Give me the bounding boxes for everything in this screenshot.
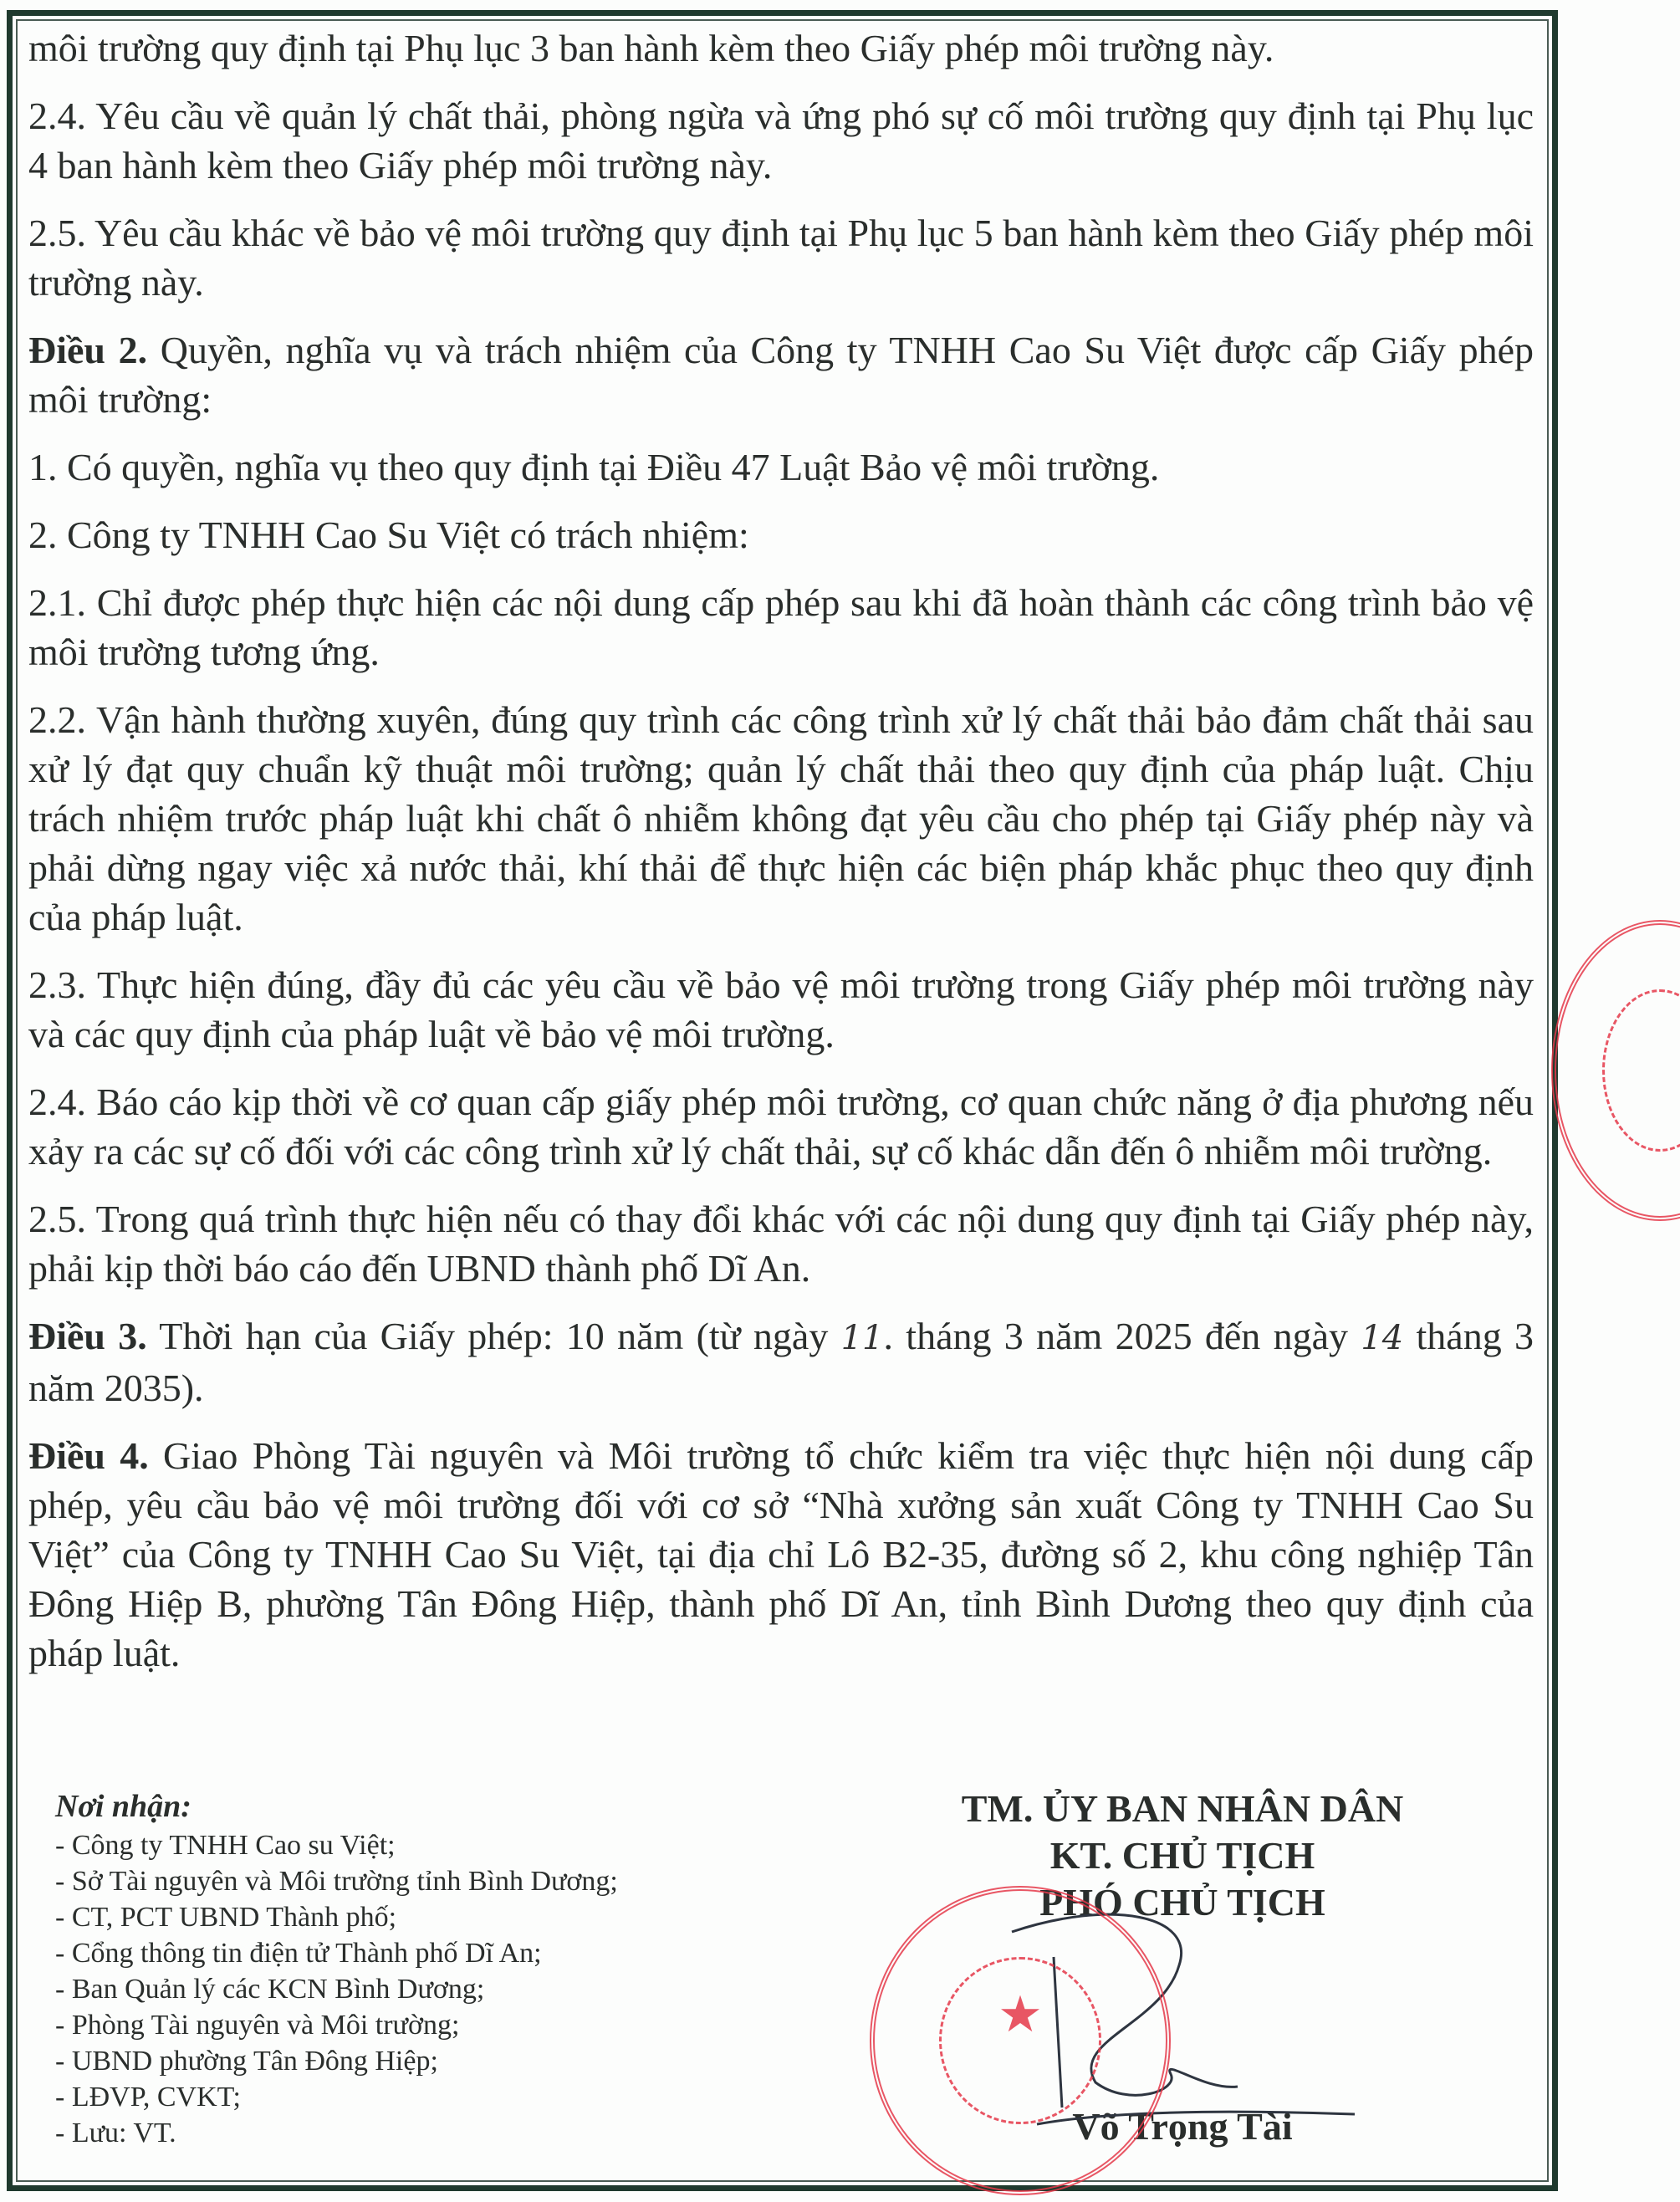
recipient-item: - CT, PCT UBND Thành phố;: [55, 1899, 808, 1935]
paragraph-text: 2. Công ty TNHH Cao Su Việt có trách nhi…: [28, 513, 749, 556]
signature-org: TM. ỦY BAN NHÂN DÂN: [865, 1786, 1500, 1832]
recipient-item: - LĐVP, CVKT;: [55, 2079, 808, 2115]
signature-block: TM. ỦY BAN NHÂN DÂN KT. CHỦ TỊCH PHÓ CHỦ…: [865, 1786, 1500, 1926]
paragraph-text: Quyền, nghĩa vụ và trách nhiệm của Công …: [28, 329, 1534, 421]
article-label: Điều 4.: [28, 1434, 149, 1477]
page-seal-icon: [1551, 920, 1680, 1221]
article-label: Điều 3.: [28, 1315, 147, 1357]
paragraph: môi trường quy định tại Phụ lục 3 ban hà…: [28, 23, 1534, 73]
paragraph-text: 2.2. Vận hành thường xuyên, đúng quy trì…: [28, 698, 1534, 938]
recipient-item: - Lưu: VT.: [55, 2115, 808, 2151]
paragraph-text: . tháng 3 năm 2025 đến ngày: [884, 1315, 1361, 1357]
signature-role: PHÓ CHỦ TỊCH: [865, 1879, 1500, 1926]
paragraph-text: môi trường quy định tại Phụ lục 3 ban hà…: [28, 27, 1274, 69]
signature-title: KT. CHỦ TỊCH: [865, 1832, 1500, 1879]
paragraph: 2.5. Trong quá trình thực hiện nếu có th…: [28, 1194, 1534, 1293]
paragraph: 1. Có quyền, nghĩa vụ theo quy định tại …: [28, 442, 1534, 492]
recipient-item: - Công ty TNHH Cao su Việt;: [55, 1827, 808, 1863]
article-label: Điều 2.: [28, 329, 147, 371]
paragraph: 2.1. Chỉ được phép thực hiện các nội dun…: [28, 578, 1534, 677]
paragraph-text: 2.5. Trong quá trình thực hiện nếu có th…: [28, 1198, 1534, 1290]
paragraph: 2.3. Thực hiện đúng, đầy đủ các yêu cầu …: [28, 960, 1534, 1059]
recipient-item: - Ban Quản lý các KCN Bình Dương;: [55, 1971, 808, 2007]
paragraph-text: Giao Phòng Tài nguyên và Môi trường tổ c…: [28, 1434, 1534, 1674]
handwritten-start-day: 11: [841, 1319, 884, 1357]
recipient-item: - UBND phường Tân Đông Hiệp;: [55, 2043, 808, 2079]
recipients-block: Nơi nhận: - Công ty TNHH Cao su Việt; - …: [55, 1786, 808, 2151]
paragraph-text: Thời hạn của Giấy phép: 10 năm (từ ngày: [147, 1315, 841, 1357]
paragraph: 2.4. Báo cáo kịp thời về cơ quan cấp giấ…: [28, 1077, 1534, 1176]
paragraph-text: 2.4. Yêu cầu về quản lý chất thải, phòng…: [28, 95, 1534, 186]
document-body: môi trường quy định tại Phụ lục 3 ban hà…: [28, 23, 1534, 1696]
paragraph: 2.5. Yêu cầu khác về bảo vệ môi trường q…: [28, 208, 1534, 307]
paragraph-text: 2.3. Thực hiện đúng, đầy đủ các yêu cầu …: [28, 963, 1534, 1055]
handwritten-end-day: 14: [1361, 1319, 1403, 1357]
article-2: Điều 2. Quyền, nghĩa vụ và trách nhiệm c…: [28, 325, 1534, 424]
recipient-item: - Cổng thông tin điện tử Thành phố Dĩ An…: [55, 1935, 808, 1971]
paragraph-text: 1. Có quyền, nghĩa vụ theo quy định tại …: [28, 446, 1159, 488]
recipient-item: - Sở Tài nguyên và Môi trường tỉnh Bình …: [55, 1863, 808, 1899]
recipient-item: - Phòng Tài nguyên và Môi trường;: [55, 2007, 808, 2043]
article-3: Điều 3. Thời hạn của Giấy phép: 10 năm (…: [28, 1311, 1534, 1413]
seal-emblem-icon: [1602, 989, 1680, 1152]
paragraph: 2. Công ty TNHH Cao Su Việt có trách nhi…: [28, 510, 1534, 559]
paragraph: 2.4. Yêu cầu về quản lý chất thải, phòng…: [28, 91, 1534, 190]
paragraph-text: 2.4. Báo cáo kịp thời về cơ quan cấp giấ…: [28, 1081, 1534, 1173]
paragraph-text: 2.5. Yêu cầu khác về bảo vệ môi trường q…: [28, 212, 1534, 304]
paragraph: 2.2. Vận hành thường xuyên, đúng quy trì…: [28, 695, 1534, 942]
article-4: Điều 4. Giao Phòng Tài nguyên và Môi trư…: [28, 1431, 1534, 1678]
paragraph-text: 2.1. Chỉ được phép thực hiện các nội dun…: [28, 581, 1534, 673]
recipients-title: Nơi nhận:: [55, 1786, 808, 1827]
document-footer: Nơi nhận: - Công ty TNHH Cao su Việt; - …: [28, 1786, 1534, 2187]
signer-name: Võ Trọng Tài: [865, 2103, 1500, 2150]
